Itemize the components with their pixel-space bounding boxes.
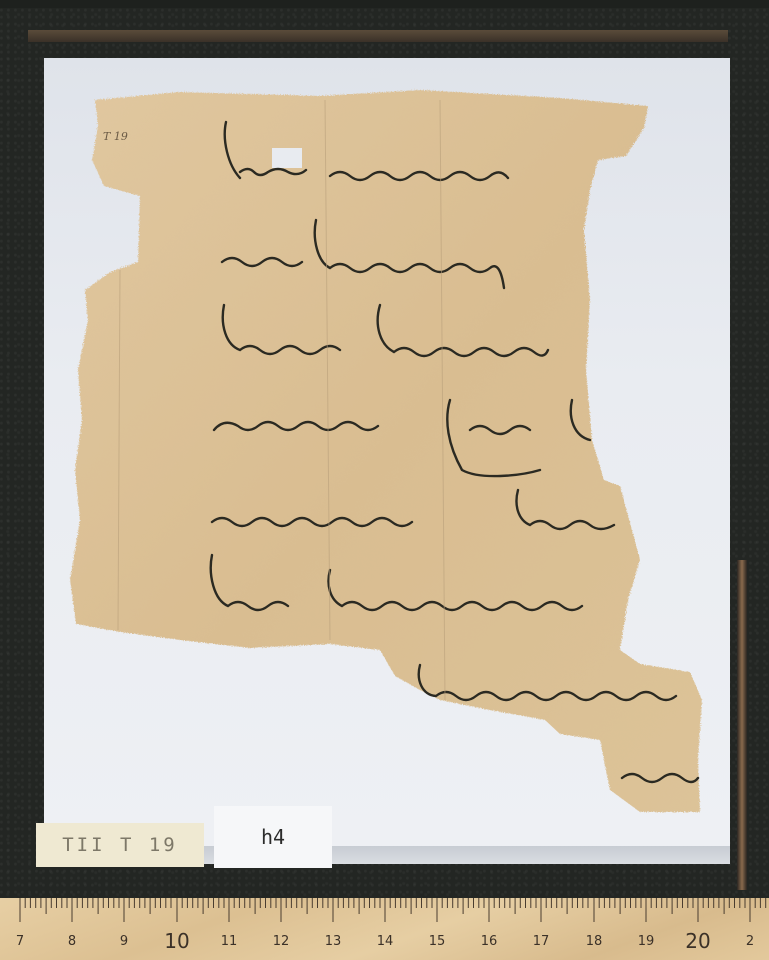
ruler-label: 13 — [325, 934, 342, 949]
ruler-label: 17 — [533, 934, 550, 949]
ruler-ticks — [0, 898, 769, 960]
manuscript-fragment — [0, 0, 769, 960]
catalog-label: TII T 19 — [36, 823, 204, 867]
ruler-label: 14 — [377, 934, 394, 949]
shelf-label: h4 — [214, 806, 332, 868]
ruler-label: 7 — [16, 934, 24, 949]
shelf-label-text: h4 — [261, 825, 285, 849]
ruler-label: 11 — [221, 934, 238, 949]
fragment-hole — [272, 148, 302, 168]
ruler-label: 12 — [273, 934, 290, 949]
ruler-label: 8 — [68, 934, 76, 949]
ruler-label: 18 — [586, 934, 603, 949]
ruler-label: 10 — [164, 929, 189, 953]
centimetre-ruler — [0, 898, 769, 960]
ruler-label: 20 — [685, 929, 710, 953]
ruler-label: 19 — [638, 934, 655, 949]
ruler-label: 16 — [481, 934, 498, 949]
ruler-label: 2 — [746, 934, 754, 949]
ruler-label: 15 — [429, 934, 446, 949]
ruler-label: 9 — [120, 934, 128, 949]
fragment-handwritten-note: T 19 — [103, 130, 128, 143]
catalog-label-text: TII T 19 — [62, 834, 178, 856]
